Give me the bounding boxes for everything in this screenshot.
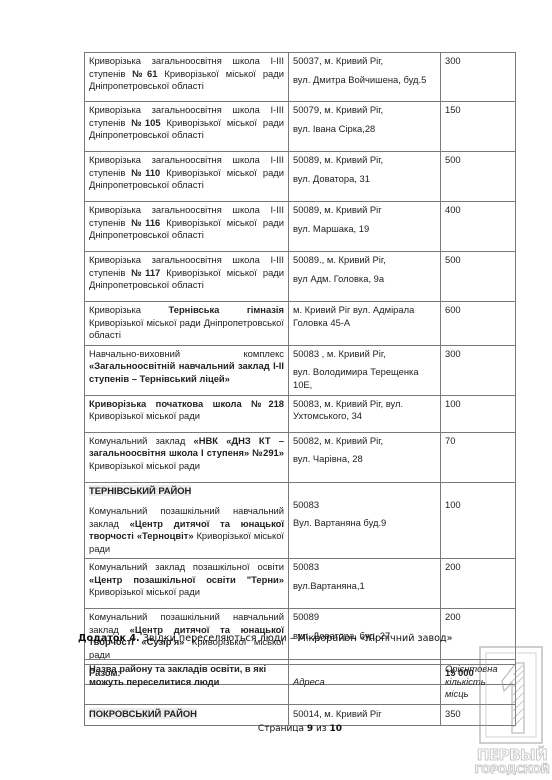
table-row: ПОКРОВСЬКИЙ РАЙОН 50014, м. Кривий Ріг 3…	[85, 704, 516, 725]
school-name-bold: «Загальноосвітній навчальний заклад І-ІІ…	[89, 360, 284, 384]
school-name-cell: ТЕРНІВСЬКИЙ РАЙОНКомунальний позашкільни…	[85, 482, 289, 559]
address-line2: Вул. Вартаняна буд.9	[293, 517, 436, 530]
table-row: Криворізька Тернівська гімназія Криворіз…	[85, 302, 516, 346]
address-cell: 50089., м. Кривий Ріг,вул Адм. Головка, …	[289, 252, 441, 302]
school-name-cell: Криворізька загальноосвітня школа І-ІІІ …	[85, 152, 289, 202]
address-line1: м. Кривий Ріг вул. Адмірала Головка 45-А	[293, 304, 414, 328]
places-count: 500	[445, 254, 461, 265]
table-header-row: Назва району та закладів освіти, в які м…	[85, 660, 516, 705]
school-name-text: Криворізька	[89, 304, 168, 315]
school-name-bold: Криворізька початкова школа №218	[89, 398, 284, 409]
address-line1: 50079, м. Кривий Ріг,	[293, 104, 383, 115]
school-name-cell: Криворізька початкова школа №218 Криворі…	[85, 395, 289, 432]
school-name-bold: №117	[131, 267, 160, 278]
places-count: 500	[445, 154, 461, 165]
school-name-bold: Тернівська гімназія	[168, 304, 284, 315]
address-line2: вул. Маршака, 19	[293, 223, 436, 236]
places-count: 200	[445, 561, 461, 572]
schools-table: Криворізька загальноосвітня школа І-ІІІ …	[84, 52, 516, 685]
places-count: 70	[445, 435, 455, 446]
address-line1: 50083, м. Кривий Ріг, вул. Ухтомського, …	[293, 398, 403, 422]
places-count: 100	[445, 499, 511, 512]
header-name: Назва району та закладів освіти, в які м…	[85, 660, 289, 705]
address-cell: 50082, м. Кривий Ріг,вул. Чарівна, 28	[289, 432, 441, 482]
places-count-cell: 500	[441, 152, 516, 202]
schools-table-body: Криворізька загальноосвітня школа І-ІІІ …	[85, 53, 516, 685]
school-name-cell: Навчально-виховний комплекс «Загальноосв…	[85, 345, 289, 395]
school-name-text: Криворізької міської ради	[89, 410, 200, 421]
address-line2: вул. Чарівна, 28	[293, 453, 436, 466]
address-cell: 50083 , м. Кривий Ріг,вул. Володимира Те…	[289, 345, 441, 395]
places-count-cell: 300	[441, 345, 516, 395]
places-count: 200	[445, 611, 461, 622]
address-line1: 50083	[293, 561, 319, 572]
address-line1: 50089, м. Кривий Ріг,	[293, 154, 383, 165]
address-line1: 50037, м. Кривий Ріг,	[293, 55, 383, 66]
places-count-cell: 500	[441, 252, 516, 302]
table-row: Криворізька загальноосвітня школа І-ІІІ …	[85, 202, 516, 252]
address-cell: 50083вул.Вартаняна,1	[289, 559, 441, 609]
places-count-cell: 300	[441, 53, 516, 102]
places-count-cell: 100	[441, 482, 516, 559]
places-count: 400	[445, 204, 461, 215]
address-line1: 50089	[293, 611, 319, 622]
address-line2: вул Адм. Головка, 9а	[293, 273, 436, 286]
district-cell: ПОКРОВСЬКИЙ РАЙОН	[85, 704, 289, 725]
places-count-cell: 150	[441, 102, 516, 152]
address-line2: вул. Івана Сірка,28	[293, 123, 436, 136]
address-cell: 50014, м. Кривий Ріг	[289, 704, 441, 725]
relocation-table: Назва району та закладів освіти, в які м…	[84, 659, 516, 726]
school-name-text: Комунальний заклад позашкільної освіти	[89, 561, 284, 572]
school-name-text: Криворізької міської ради	[89, 460, 200, 471]
address-line1: 50082, м. Кривий Ріг,	[293, 435, 383, 446]
district-table-row: ТЕРНІВСЬКИЙ РАЙОНКомунальний позашкільни…	[85, 482, 516, 559]
page-total: 10	[330, 724, 343, 734]
school-name-bold: №105	[131, 117, 160, 128]
appendix-heading: Додаток 4. Звідки переселяються люди – М…	[78, 633, 453, 644]
school-name-bold: №110	[131, 167, 160, 178]
district-label: ПОКРОВСЬКИЙ РАЙОН	[89, 708, 197, 719]
places-count-cell: 70	[441, 432, 516, 482]
address-line2: вул. Володимира Терещенка 10Е,	[293, 366, 436, 391]
places-count: 600	[445, 304, 461, 315]
table-row: Криворізька початкова школа №218 Криворі…	[85, 395, 516, 432]
school-name-text: Криворізької міської ради	[89, 586, 200, 597]
places-count-cell: 200	[441, 559, 516, 609]
school-name-cell: Комунальний заклад позашкільної освіти «…	[85, 559, 289, 609]
table-row: Комунальний заклад «НВК «ДНЗ КТ – загаль…	[85, 432, 516, 482]
header-count: Орієнтовна кількість місць	[441, 660, 516, 705]
address-line2: вул.Вартаняна,1	[293, 580, 436, 593]
address-cell: 50089, м. Кривий Рігвул. Маршака, 19	[289, 202, 441, 252]
watermark-line1: ПЕРВЫЙ	[472, 746, 552, 764]
places-count: 300	[445, 55, 461, 66]
address-line1: 50083 , м. Кривий Ріг,	[293, 348, 386, 359]
table-row: Криворізька загальноосвітня школа І-ІІІ …	[85, 152, 516, 202]
address-cell: 50083 Вул. Вартаняна буд.9	[289, 482, 441, 559]
address-cell: м. Кривий Ріг вул. Адмірала Головка 45-А	[289, 302, 441, 346]
address-line1: 50089., м. Кривий Ріг,	[293, 254, 386, 265]
school-name-cell: Криворізька загальноосвітня школа І-ІІІ …	[85, 252, 289, 302]
school-name-cell: Криворізька загальноосвітня школа І-ІІІ …	[85, 102, 289, 152]
address-line2: вул. Доватора, 31	[293, 173, 436, 186]
school-name-bold: №116	[131, 217, 160, 228]
table-row: Криворізька загальноосвітня школа І-ІІІ …	[85, 252, 516, 302]
table-row: Навчально-виховний комплекс «Загальноосв…	[85, 345, 516, 395]
places-count-cell: 600	[441, 302, 516, 346]
school-name-cell: Криворізька загальноосвітня школа І-ІІІ …	[85, 202, 289, 252]
address-line1: 50089, м. Кривий Ріг	[293, 204, 382, 215]
places-count-cell: 100	[441, 395, 516, 432]
appendix-label: Додаток 4.	[78, 633, 140, 644]
places-count-cell: 400	[441, 202, 516, 252]
page-footer: Страница 9 из 10	[0, 724, 552, 734]
address-cell: 50089, м. Кривий Ріг,вул. Доватора, 31	[289, 152, 441, 202]
address-cell: 50037, м. Кривий Ріг,вул. Дмитра Войчише…	[289, 53, 441, 102]
address-cell: 50083, м. Кривий Ріг, вул. Ухтомського, …	[289, 395, 441, 432]
header-address: Адреса	[289, 660, 441, 705]
address-cell: 50079, м. Кривий Ріг,вул. Івана Сірка,28	[289, 102, 441, 152]
school-name-text: Криворізької міської ради Дніпропетровсь…	[89, 317, 284, 341]
places-count: 100	[445, 398, 461, 409]
school-name-cell: Криворізька Тернівська гімназія Криворіз…	[85, 302, 289, 346]
table-row: Криворізька загальноосвітня школа І-ІІІ …	[85, 102, 516, 152]
appendix-title: Звідки переселяються люди – Мікрорайон «…	[140, 633, 453, 644]
footer-mid: из	[313, 724, 329, 734]
school-name-bold: «Центр позашкільної освіти "Терни»	[89, 574, 284, 585]
school-name-cell: Криворізька загальноосвітня школа І-ІІІ …	[85, 53, 289, 102]
school-name-text: Навчально-виховний комплекс	[89, 348, 284, 359]
school-name-cell: Комунальний заклад «НВК «ДНЗ КТ – загаль…	[85, 432, 289, 482]
watermark-line2: ГОРОДСКОЙ	[472, 763, 552, 776]
district-label: ТЕРНІВСЬКИЙ РАЙОН	[89, 485, 191, 496]
footer-prefix: Страница	[258, 724, 307, 734]
address-line2: вул. Дмитра Войчишена, буд.5	[293, 74, 436, 87]
places-count: 300	[445, 348, 461, 359]
school-name-text: Комунальний заклад	[89, 435, 194, 446]
table-row: Криворізька загальноосвітня школа І-ІІІ …	[85, 53, 516, 102]
address-line1: 50083	[293, 499, 436, 512]
places-count: 150	[445, 104, 461, 115]
count-cell: 350	[441, 704, 516, 725]
school-name-bold: №61	[132, 68, 157, 79]
table-row: Комунальний заклад позашкільної освіти «…	[85, 559, 516, 609]
